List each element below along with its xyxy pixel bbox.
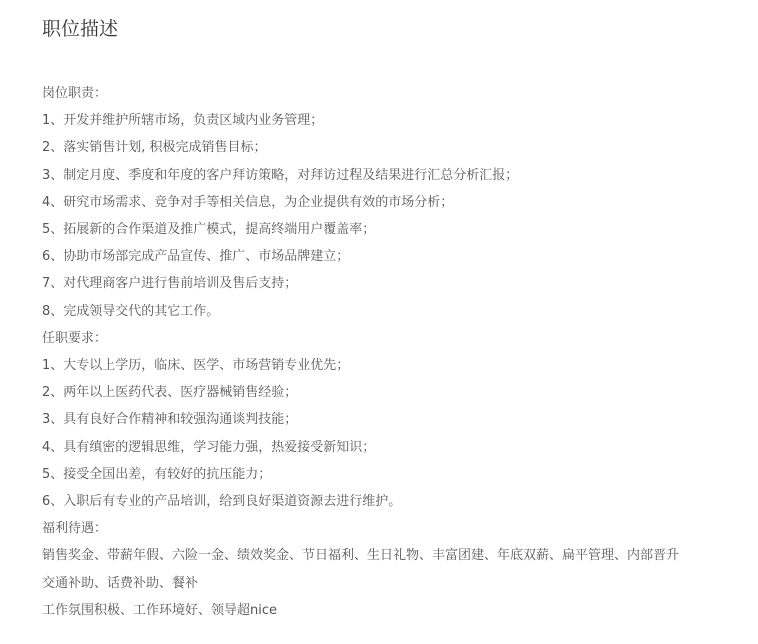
responsibility-item: 4、研究市场需求、竞争对手等相关信息，为企业提供有效的市场分析； bbox=[42, 189, 742, 216]
responsibility-item: 3、制定月度、季度和年度的客户拜访策略，对拜访过程及结果进行汇总分析汇报； bbox=[42, 162, 742, 189]
requirement-item: 4、具有缜密的逻辑思维，学习能力强，热爱接受新知识； bbox=[42, 434, 742, 461]
responsibility-item: 5、拓展新的合作渠道及推广模式，提高终端用户覆盖率； bbox=[42, 216, 742, 243]
job-description-page: 职位描述 岗位职责： 1、开发并维护所辖市场，负责区域内业务管理； 2、落实销售… bbox=[0, 0, 758, 624]
section-heading-responsibilities: 岗位职责： bbox=[42, 80, 742, 107]
benefit-item: 交通补助、话费补助、餐补 bbox=[42, 570, 742, 597]
job-description-content: 岗位职责： 1、开发并维护所辖市场，负责区域内业务管理； 2、落实销售计划, 积… bbox=[42, 80, 742, 624]
requirement-item: 6、入职后有专业的产品培训，给到良好渠道资源去进行维护。 bbox=[42, 488, 742, 515]
requirement-item: 2、两年以上医药代表、医疗器械销售经验； bbox=[42, 379, 742, 406]
requirement-item: 3、具有良好合作精神和较强沟通谈判技能； bbox=[42, 406, 742, 433]
section-heading-requirements: 任职要求： bbox=[42, 325, 742, 352]
responsibility-item: 2、落实销售计划, 积极完成销售目标； bbox=[42, 134, 742, 161]
responsibility-item: 7、对代理商客户进行售前培训及售后支持； bbox=[42, 270, 742, 297]
page-title: 职位描述 bbox=[42, 14, 758, 44]
requirement-item: 1、大专以上学历，临床、医学、市场营销专业优先； bbox=[42, 352, 742, 379]
responsibility-item: 8、完成领导交代的其它工作。 bbox=[42, 298, 742, 325]
responsibility-item: 1、开发并维护所辖市场，负责区域内业务管理； bbox=[42, 107, 742, 134]
benefit-item: 工作氛围积极、工作环境好、领导超nice bbox=[42, 597, 742, 624]
section-heading-benefits: 福利待遇： bbox=[42, 515, 742, 542]
requirement-item: 5、接受全国出差，有较好的抗压能力； bbox=[42, 461, 742, 488]
benefit-item: 销售奖金、带薪年假、六险一金、绩效奖金、节日福利、生日礼物、丰富团建、年底双薪、… bbox=[42, 542, 742, 569]
responsibility-item: 6、协助市场部完成产品宣传、推广、市场品牌建立； bbox=[42, 243, 742, 270]
